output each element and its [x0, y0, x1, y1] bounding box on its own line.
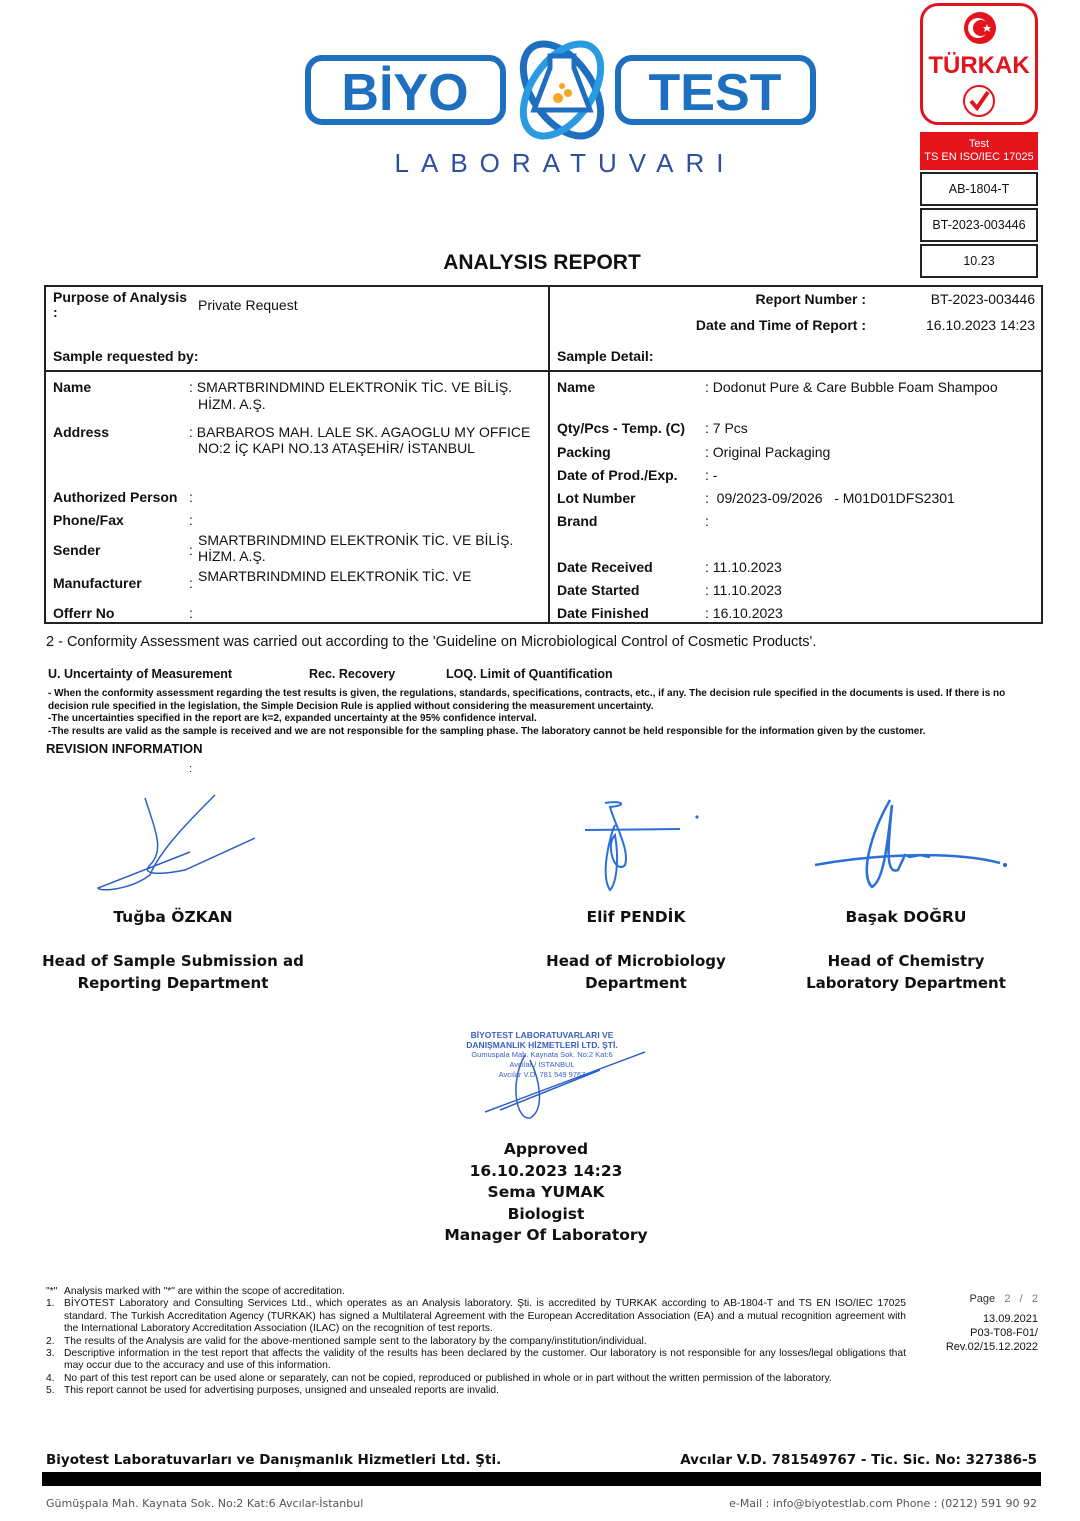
footnote-item: 1.BİYOTEST Laboratory and Consulting Ser…: [46, 1298, 906, 1335]
accreditation-report-no: BT-2023-003446: [920, 208, 1038, 242]
purpose-value: Private Request: [198, 297, 298, 313]
footnote-text: Analysis marked with "*" are within the …: [64, 1286, 345, 1298]
date-started-label: Date Started: [557, 582, 639, 598]
svg-text:BİYO: BİYO: [341, 64, 468, 122]
report-number: BT-2023-003446: [931, 291, 1035, 307]
accreditation-standard: Test TS EN ISO/IEC 17025: [920, 132, 1038, 170]
signatory-title: Head of Sample Submission ad Reporting D…: [23, 950, 323, 994]
approval-datetime: 16.10.2023 14:23: [400, 1161, 692, 1183]
date-received-label: Date Received: [557, 559, 653, 575]
signatory-title-line: Department: [486, 972, 786, 994]
accreditation-standard-text: TS EN ISO/IEC 17025: [920, 151, 1038, 164]
page-info: Page 2 / 2 13.09.2021 P03-T08-F01/ Rev.0…: [920, 1292, 1038, 1354]
footnote-text: Descriptive information in the test repo…: [64, 1348, 906, 1373]
purpose-colon: :: [53, 304, 58, 320]
footer-company: Biyotest Laboratuvarları ve Danışmanlık …: [46, 1452, 501, 1468]
footnote-text: This report cannot be used for advertisi…: [64, 1385, 499, 1397]
sample-name: : Dodonut Pure & Care Bubble Foam Shampo…: [705, 379, 998, 395]
date-started-value: : 11.10.2023: [705, 582, 782, 598]
signatory-title: Head of Chemistry Laboratory Department: [756, 950, 1056, 994]
footnote-num: 3.: [46, 1348, 64, 1373]
page-total: 2: [1032, 1293, 1038, 1305]
logo-subtitle: LABORATUVARI: [300, 148, 830, 179]
manufacturer-colon: :: [189, 575, 193, 591]
offer-value: :: [189, 605, 193, 621]
sender-label: Sender: [53, 542, 100, 558]
form-date: 13.09.2021: [920, 1312, 1038, 1326]
requester-name: : SMARTBRINDMIND ELEKTRONİK TİC. VE BİLİ…: [189, 379, 512, 395]
prod-exp-label: Date of Prod./Exp.: [557, 467, 678, 483]
divider: [44, 370, 1043, 372]
lot-label: Lot Number: [557, 490, 636, 506]
footnote-num: 1.: [46, 1298, 64, 1335]
footnote-text: The results of the Analysis are valid fo…: [64, 1336, 647, 1348]
date-finished-value: : 16.10.2023: [705, 605, 783, 621]
footnote-item: 4.No part of this test report can be use…: [46, 1373, 906, 1385]
stamp-line: BİYOTEST LABORATUVARLARI VE: [462, 1030, 622, 1040]
revision-value: :: [189, 763, 192, 775]
requested-by-label: Sample requested by:: [53, 348, 199, 364]
page-sep: /: [1020, 1293, 1023, 1305]
requester-address: : BARBAROS MAH. LALE SK. AGAOGLU MY OFFI…: [189, 424, 530, 440]
date-received-value: : 11.10.2023: [705, 559, 782, 575]
signatory-title-line: Laboratory Department: [756, 972, 1056, 994]
phone-value: :: [189, 512, 193, 528]
footnote-num: 5.: [46, 1385, 64, 1397]
page-label: Page: [969, 1293, 995, 1305]
footnote-num: "*": [46, 1286, 64, 1298]
note-validity: -The results are valid as the sample is …: [48, 726, 1048, 739]
requester-address-label: Address: [53, 424, 109, 440]
abbr-recovery: Rec. Recovery: [309, 667, 395, 681]
abbr-loq: LOQ. Limit of Quantification: [446, 667, 613, 681]
footer-address: Gümüşpala Mah. Kaynata Sok. No:2 Kat:6 A…: [46, 1497, 363, 1510]
signatory-title-line: Head of Chemistry: [756, 950, 1056, 972]
approver-position: Manager Of Laboratory: [400, 1225, 692, 1247]
sender-colon: :: [189, 542, 193, 558]
page-current: 2: [1004, 1293, 1010, 1305]
report-info-box: [44, 285, 1043, 624]
authorized-person-value: :: [189, 489, 193, 505]
brand-label: Brand: [557, 513, 597, 529]
signatory-title-line: Reporting Department: [23, 972, 323, 994]
offer-label: Offerr No: [53, 605, 114, 621]
phone-label: Phone/Fax: [53, 512, 124, 528]
accreditation-code: AB-1804-T: [920, 172, 1038, 206]
page-indicator: Page 2 / 2: [920, 1292, 1038, 1306]
form-code: P03-T08-F01/: [920, 1326, 1038, 1340]
purpose-label: Purpose of Analysis: [53, 289, 187, 305]
sender-value-cont: HİZM. A.Ş.: [198, 548, 266, 564]
turkak-brand: TÜRKAK: [920, 52, 1038, 80]
approver-name: Sema YUMAK: [400, 1182, 692, 1204]
signature-yumak: [480, 1040, 650, 1120]
qty-value: : 7 Pcs: [705, 420, 748, 436]
approval-status: Approved: [400, 1139, 692, 1161]
conformity-statement: 2 - Conformity Assessment was carried ou…: [46, 634, 816, 650]
footnote-text: BİYOTEST Laboratory and Consulting Servi…: [64, 1298, 906, 1335]
date-finished-label: Date Finished: [557, 605, 649, 621]
footer-tax: Avcılar V.D. 781549767 - Tic. Sic. No: 3…: [680, 1452, 1037, 1468]
sender-value: SMARTBRINDMIND ELEKTRONİK TİC. VE BİLİŞ.: [198, 532, 513, 548]
requester-name-label: Name: [53, 379, 91, 395]
report-date: 16.10.2023 14:23: [926, 317, 1035, 333]
footnote-num: 2.: [46, 1336, 64, 1348]
footer-bar: [42, 1472, 1041, 1486]
packing-value: : Original Packaging: [705, 444, 830, 460]
sample-name-label: Name: [557, 379, 595, 395]
divider: [548, 285, 550, 624]
form-revision: Rev.02/15.12.2022: [920, 1340, 1038, 1354]
signature-dogru: [810, 795, 1010, 895]
signature-ozkan: [90, 790, 265, 895]
manufacturer-label: Manufacturer: [53, 575, 142, 591]
crescent-star-icon: [962, 10, 998, 46]
sample-detail-label: Sample Detail:: [557, 348, 653, 364]
signatory-title: Head of Microbiology Department: [486, 950, 786, 994]
approval-block: Approved 16.10.2023 14:23 Sema YUMAK Bio…: [400, 1139, 692, 1247]
authorized-person-label: Authorized Person: [53, 489, 177, 505]
revision-label: REVISION INFORMATION: [46, 741, 202, 756]
packing-label: Packing: [557, 444, 611, 460]
report-number-label: Report Number :: [756, 291, 866, 307]
signature-pendik: [575, 795, 705, 895]
footnote-num: 4.: [46, 1373, 64, 1385]
abbr-uncertainty: U. Uncertainty of Measurement: [48, 667, 232, 681]
approver-role: Biologist: [400, 1204, 692, 1226]
manufacturer-value: SMARTBRINDMIND ELEKTRONİK TİC. VE: [198, 568, 471, 584]
qty-label: Qty/Pcs - Temp. (C): [557, 420, 685, 436]
signatory-name: Elif PENDİK: [506, 908, 766, 926]
footnote-item: 3.Descriptive information in the test re…: [46, 1348, 906, 1373]
signatory-name: Başak DOĞRU: [776, 908, 1036, 926]
prod-exp-value: : -: [705, 467, 717, 483]
report-date-label: Date and Time of Report :: [696, 317, 866, 333]
note-decision-rule: - When the conformity assessment regardi…: [48, 688, 1048, 713]
requester-address-cont: NO:2 İÇ KAPI NO.13 ATAŞEHİR/ İSTANBUL: [198, 440, 475, 456]
footnote-text: No part of this test report can be used …: [64, 1373, 832, 1385]
accreditation-type: Test: [920, 138, 1038, 151]
svg-text:TEST: TEST: [649, 64, 782, 122]
footnote-star: "*" Analysis marked with "*" are within …: [46, 1286, 906, 1298]
footnote-item: 5.This report cannot be used for adverti…: [46, 1385, 906, 1397]
note-uncertainty: -The uncertainties specified in the repo…: [48, 713, 1048, 726]
signatory-name: Tuğba ÖZKAN: [43, 908, 303, 926]
signatory-title-line: Head of Sample Submission ad: [23, 950, 323, 972]
lot-value: : 09/2023-09/2026 - M01D01DFS2301: [705, 490, 955, 506]
checkmark-icon: [962, 84, 996, 118]
footnotes: "*" Analysis marked with "*" are within …: [46, 1286, 906, 1398]
signatory-title-line: Head of Microbiology: [486, 950, 786, 972]
footer-contact: e-Mail : info@biyotestlab.com Phone : (0…: [729, 1497, 1037, 1510]
footnote-item: 2.The results of the Analysis are valid …: [46, 1336, 906, 1348]
page-title: ANALYSIS REPORT: [0, 251, 1080, 275]
requester-name-cont: HİZM. A.Ş.: [198, 396, 266, 412]
brand-value: :: [705, 513, 709, 529]
